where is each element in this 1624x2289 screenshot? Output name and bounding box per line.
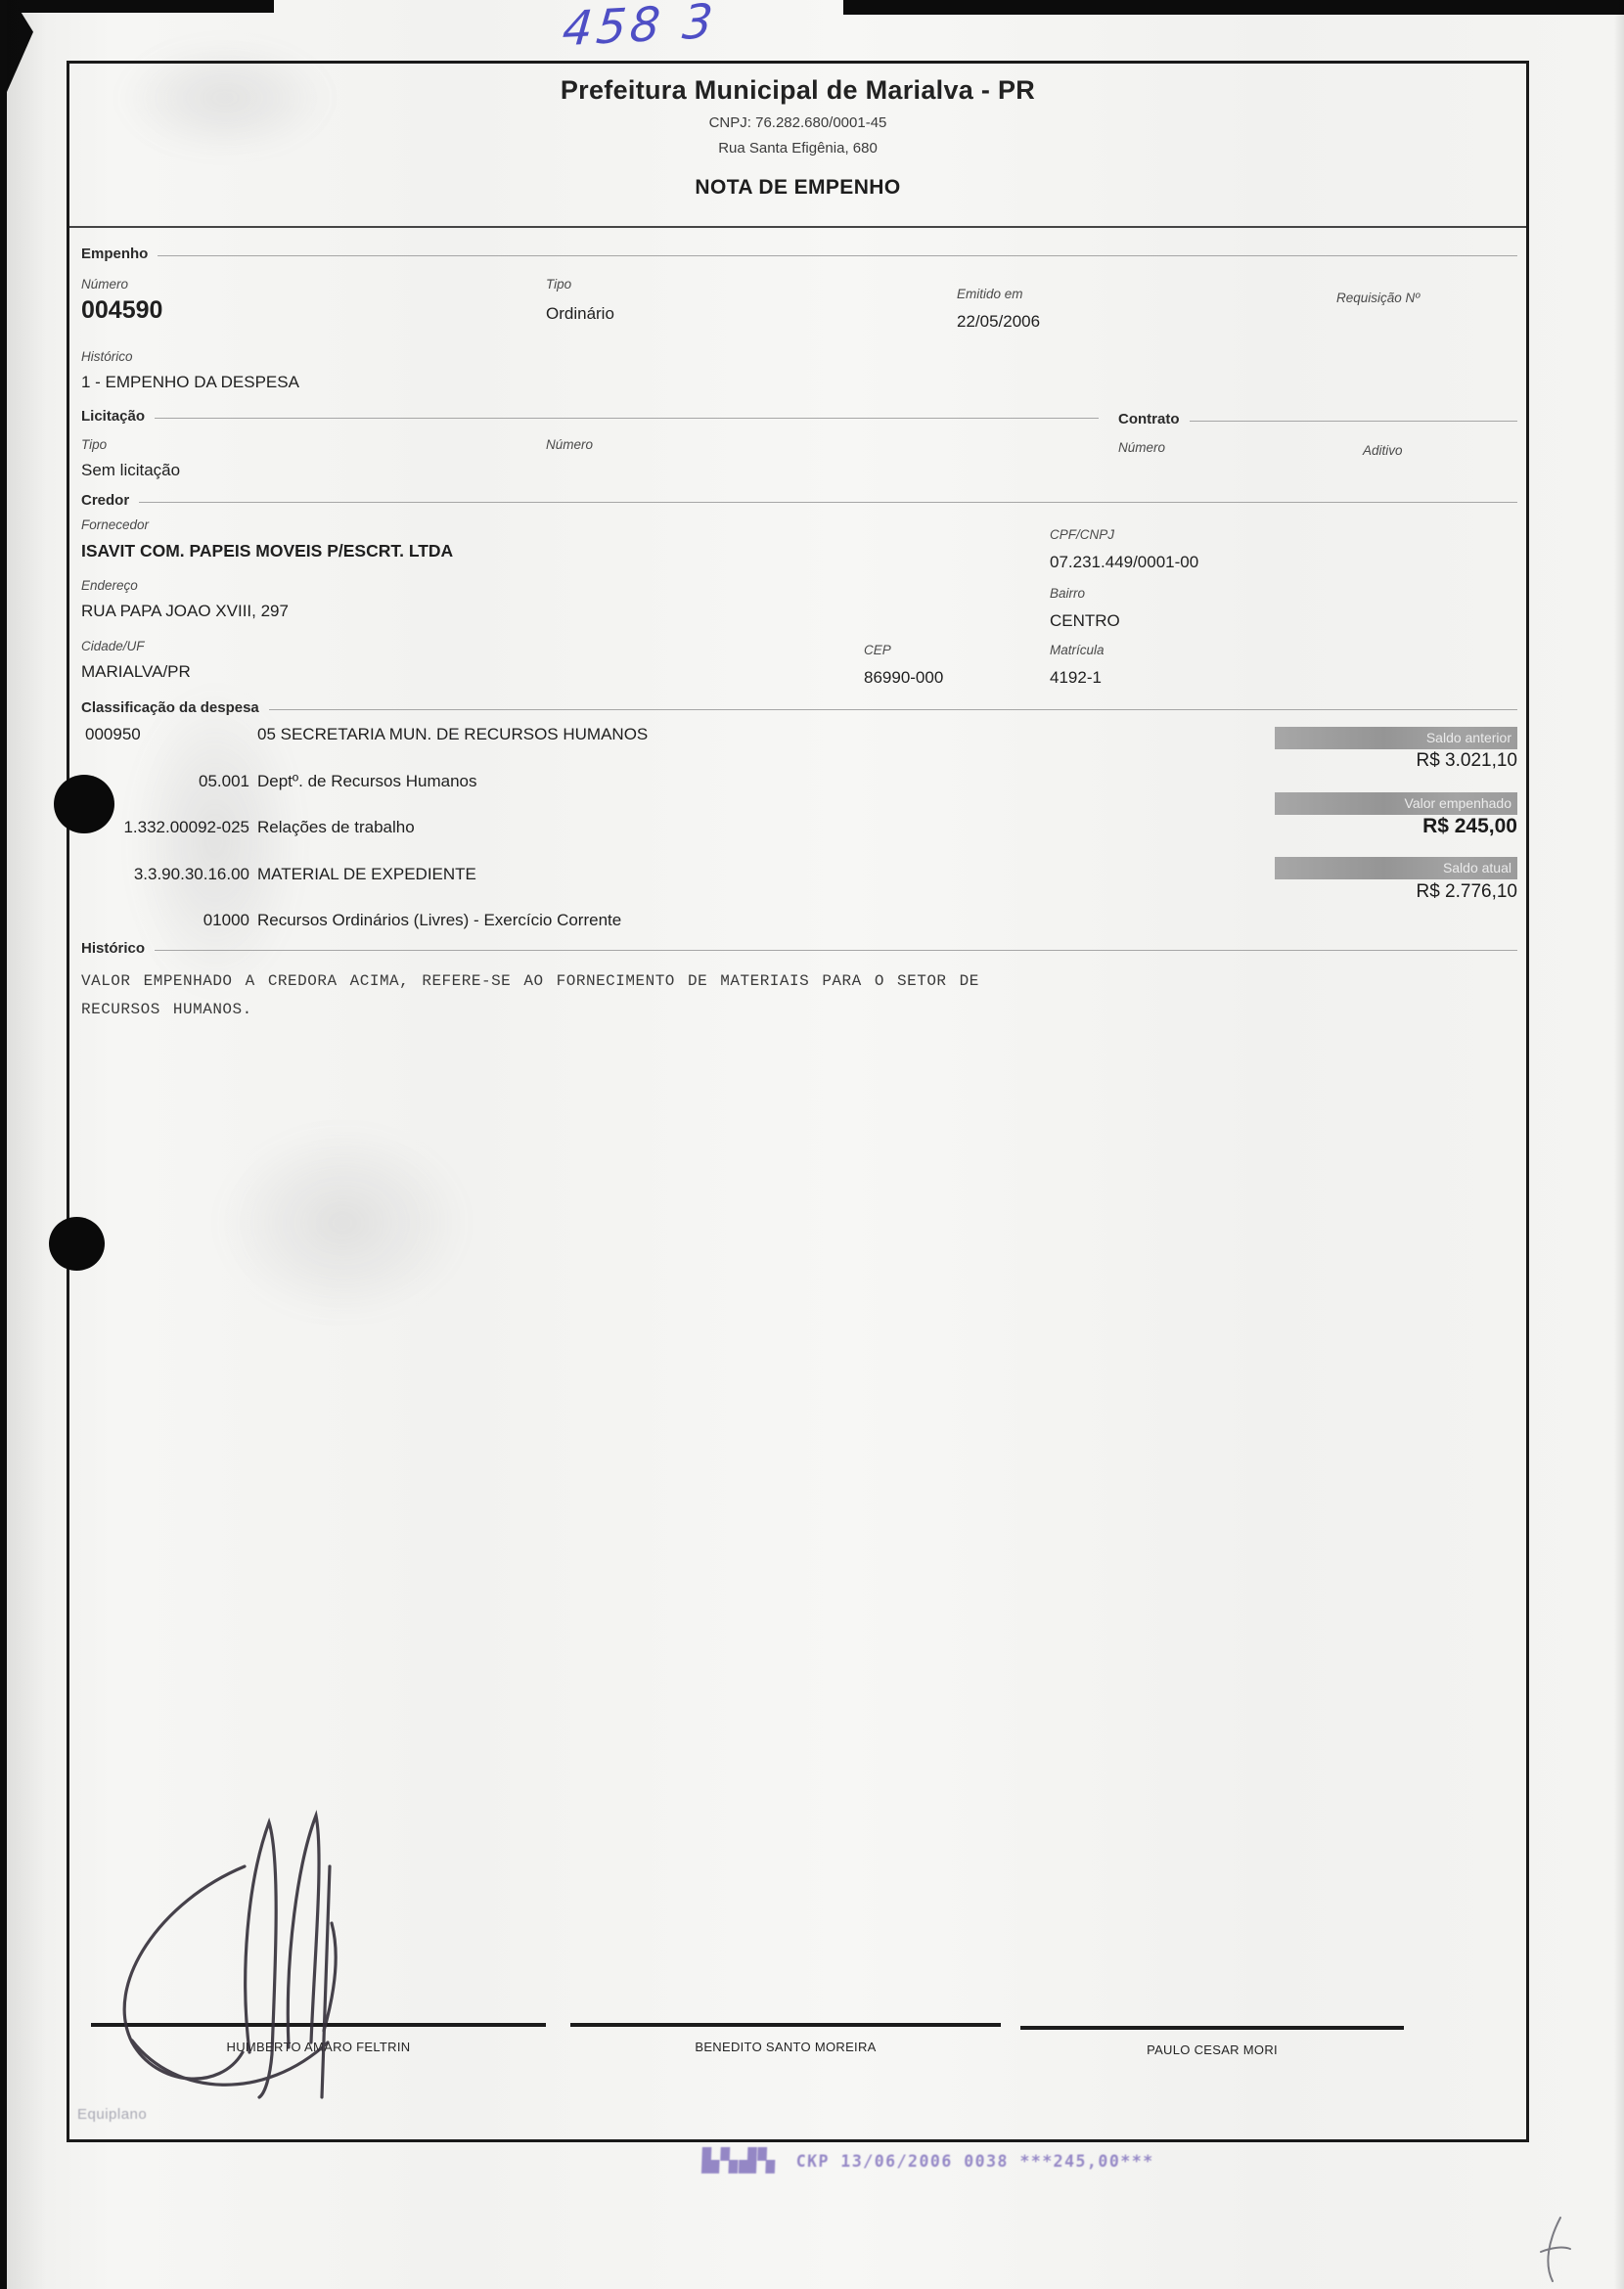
classification-row: 05.001 Deptº. de Recursos Humanos [81,772,1187,819]
classification-desc: Recursos Ordinários (Livres) - Exercício… [257,911,621,930]
saldo-anterior-value: R$ 3.021,10 [1275,750,1517,772]
historico-text: VALOR EMPENHADO A CREDORA ACIMA, REFERE-… [81,967,1020,1024]
label-requisicao: Requisição Nº [1336,291,1420,305]
section-credor: Credor [81,492,1517,509]
saldo-atual-bar: Saldo atual [1275,857,1517,879]
section-historico-label: Histórico [81,940,145,957]
value-endereco: RUA PAPA JOAO XVIII, 297 [81,602,289,621]
document-header: Prefeitura Municipal de Marialva - PR CN… [69,75,1526,200]
classification-desc: Relações de trabalho [257,818,415,837]
classification-row: 1.332.00092-025 Relações de trabalho [81,818,1187,865]
label-matricula: Matrícula [1050,643,1105,657]
label-licitacao-tipo: Tipo [81,437,107,452]
signature-line-2 [570,2023,1001,2027]
punch-hole-mark-2 [49,1217,105,1271]
section-classificacao-label: Classificação da despesa [81,699,259,716]
value-cep: 86990-000 [864,668,943,688]
org-title: Prefeitura Municipal de Marialva - PR [69,75,1526,106]
section-empenho: Empenho [81,246,1517,262]
org-address: Rua Santa Efigênia, 680 [69,140,1526,157]
signature-line-3 [1020,2026,1404,2030]
value-cidade-uf: MARIALVA/PR [81,662,191,682]
label-contrato-aditivo: Aditivo [1363,443,1403,458]
label-licitacao-numero: Número [546,437,593,452]
software-brand-watermark: Equiplano [77,2106,147,2123]
valor-empenhado-bar: Valor empenhado [1275,792,1517,815]
saldo-anterior-bar: Saldo anterior [1275,727,1517,749]
label-historico-empenho: Histórico [81,349,133,364]
classification-desc: MATERIAL DE EXPEDIENTE [257,865,476,884]
value-empenho-numero: 004590 [81,296,162,325]
value-empenho-tipo: Ordinário [546,304,614,324]
section-credor-label: Credor [81,492,129,509]
section-contrato-rule [1190,421,1518,422]
label-fornecedor: Fornecedor [81,517,149,532]
scan-shadow-right [1614,0,1624,2289]
section-historico-rule [155,950,1517,951]
section-licitacao: Licitação [81,408,1099,425]
scan-shadow-left [7,0,46,2289]
label-cpf-cnpj: CPF/CNPJ [1050,527,1114,542]
classification-code: 3.3.90.30.16.00 [81,865,249,884]
value-fornecedor: ISAVIT COM. PAPEIS MOVEIS P/ESCRT. LTDA [81,541,453,561]
section-contrato-label: Contrato [1118,411,1180,427]
section-empenho-label: Empenho [81,246,148,262]
handwritten-signature [83,1808,416,2101]
value-emitido-em: 22/05/2006 [957,312,1040,332]
valor-empenhado-value: R$ 245,00 [1275,815,1517,838]
scan-edge-top-right [843,0,1624,15]
section-credor-rule [139,502,1517,503]
section-classificacao: Classificação da despesa [81,699,1517,716]
signature-name-3: PAULO CESAR MORI [1020,2042,1404,2057]
label-cep: CEP [864,643,891,657]
doc-title: NOTA DE EMPENHO [69,176,1526,200]
value-licitacao-tipo: Sem licitação [81,461,180,480]
classification-row: 000950 05 SECRETARIA MUN. DE RECURSOS HU… [81,725,1187,772]
machine-stamp: ▙▚▟▚ CKP 13/06/2006 0038 ***245,00*** [702,2148,1154,2174]
value-matricula: 4192-1 [1050,668,1102,688]
value-cpf-cnpj: 07.231.449/0001-00 [1050,553,1198,572]
section-contrato: Contrato [1118,411,1517,427]
classification-desc: Deptº. de Recursos Humanos [257,772,476,791]
classification-desc: 05 SECRETARIA MUN. DE RECURSOS HUMANOS [257,725,648,744]
header-separator [69,226,1526,228]
section-licitacao-label: Licitação [81,408,145,425]
value-bairro: CENTRO [1050,611,1120,631]
stamp-logo-icon: ▙▚▟▚ [702,2148,778,2174]
stray-pen-mark [1531,2213,1575,2286]
label-numero: Número [81,277,128,292]
label-cidade-uf: Cidade/UF [81,639,145,653]
label-tipo: Tipo [546,277,571,292]
value-historico-empenho: 1 - EMPENHO DA DESPESA [81,373,299,392]
section-licitacao-rule [155,418,1099,419]
signature-name-2: BENEDITO SANTO MOREIRA [570,2040,1001,2054]
classification-code: 01000 [81,911,249,930]
punch-hole-mark-1 [54,775,114,833]
scanned-document-page: { "page": { "handwritten_number": "458 3… [0,0,1624,2289]
section-empenho-rule [158,255,1517,256]
org-cnpj: CNPJ: 76.282.680/0001-45 [69,114,1526,131]
section-historico: Histórico [81,940,1517,957]
handwritten-page-number: 458 3 [561,0,719,57]
classification-code: 000950 [81,725,249,744]
label-emitido-em: Emitido em [957,287,1023,301]
stamp-text: CKP 13/06/2006 0038 ***245,00*** [795,2152,1154,2171]
section-classificacao-rule [269,709,1517,710]
classification-row: 3.3.90.30.16.00 MATERIAL DE EXPEDIENTE [81,865,1187,912]
label-bairro: Bairro [1050,586,1085,601]
label-endereco: Endereço [81,578,138,593]
classification-rows: 000950 05 SECRETARIA MUN. DE RECURSOS HU… [81,725,1187,958]
label-contrato-numero: Número [1118,440,1165,455]
saldo-atual-value: R$ 2.776,10 [1275,881,1517,903]
scan-edge-left [0,0,7,2289]
